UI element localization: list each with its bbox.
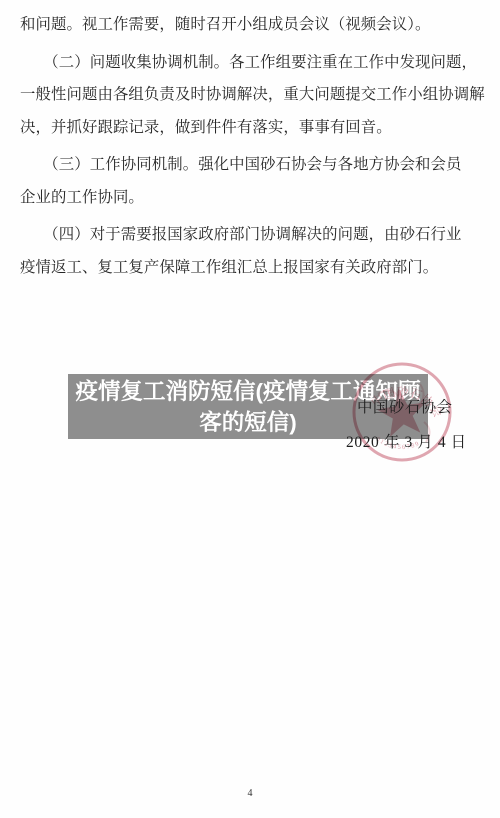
doc-line: （二）问题收集协调机制。各工作组要注重在工作中发现问题， xyxy=(20,47,494,80)
doc-line: 企业的工作协同。 xyxy=(20,182,494,215)
doc-line: 和问题。视工作需要，随时召开小组成员会议（视频会议）。 xyxy=(20,9,494,42)
doc-line: （三）工作协同机制。强化中国砂石协会与各地方协会和会员 xyxy=(20,149,494,182)
doc-line: 决，并抓好跟踪记录，做到件件有落实，事事有回音。 xyxy=(20,112,494,145)
doc-line: 疫情返工、复工复产保障工作组汇总上报国家有关政府部门。 xyxy=(20,252,494,285)
doc-line: 一般性问题由各组负责及时协调解决，重大问题提交工作小组协调解 xyxy=(20,79,494,112)
signature-date: 2020 年 3 月 4 日 xyxy=(346,430,467,452)
signature-organization: 中国砂石协会 xyxy=(357,395,452,417)
page-number: 4 xyxy=(0,788,500,799)
document-body: 和问题。视工作需要，随时召开小组成员会议（视频会议）。 （二）问题收集协调机制。… xyxy=(20,9,494,284)
document-page: 和问题。视工作需要，随时召开小组成员会议（视频会议）。 （二）问题收集协调机制。… xyxy=(0,0,500,818)
doc-line: （四）对于需要报国家政府部门协调解决的问题，由砂石行业 xyxy=(20,219,494,252)
